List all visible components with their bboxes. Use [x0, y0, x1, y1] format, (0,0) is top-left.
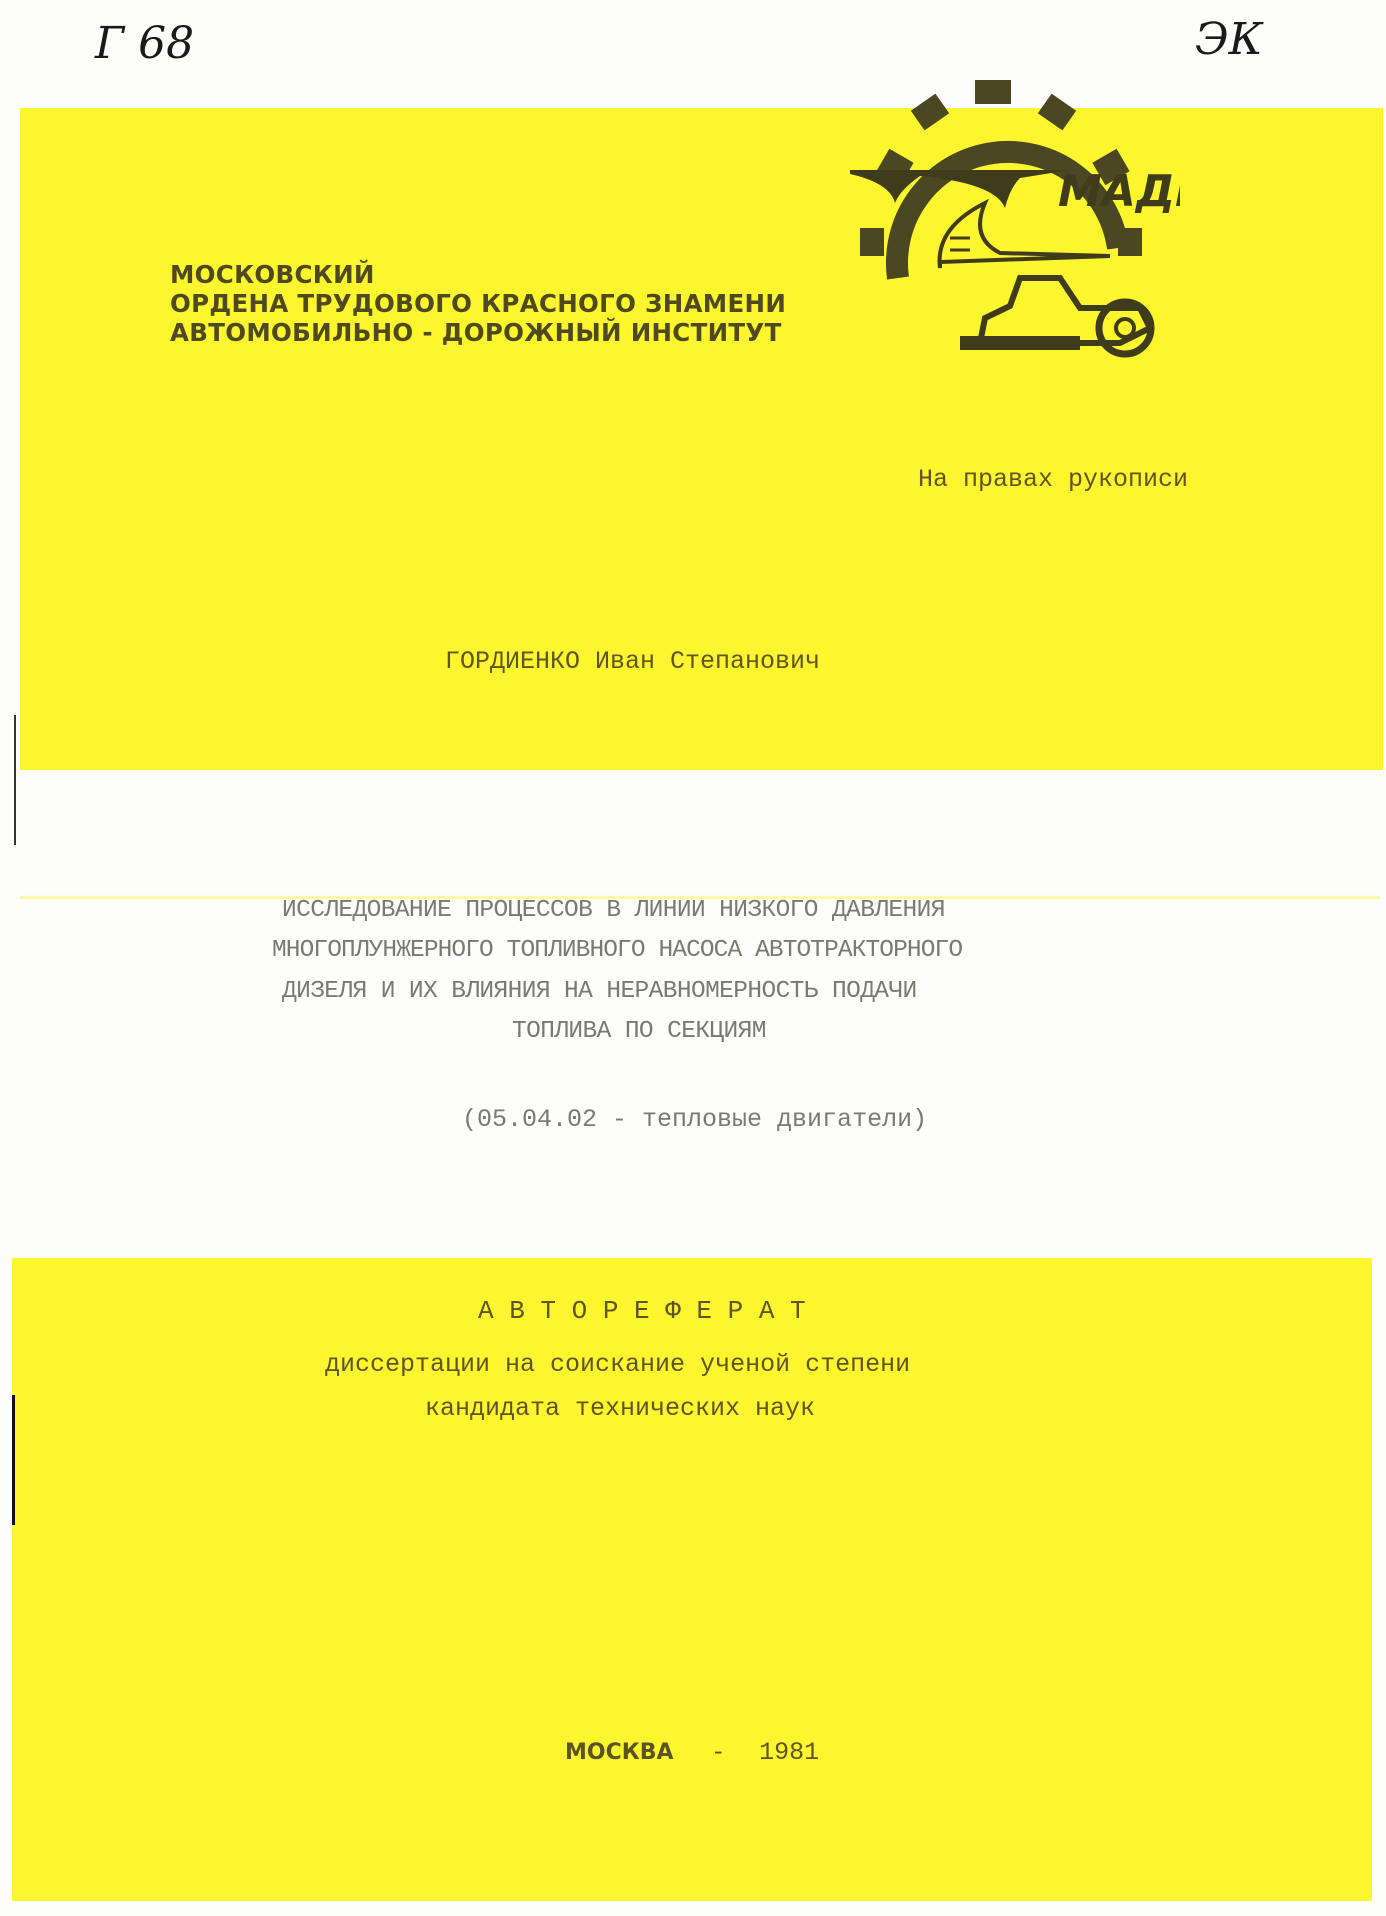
title-line: ТОПЛИВА ПО СЕКЦИЯМ [512, 1018, 766, 1045]
degree-line: диссертации на соискание ученой степени [325, 1350, 910, 1379]
institution-line: ОРДЕНА ТРУДОВОГО КРАСНОГО ЗНАМЕНИ [170, 289, 786, 318]
manuscript-note: На правах рукописи [918, 465, 1188, 494]
specialty-code: (05.04.02 - тепловые двигатели) [462, 1105, 927, 1134]
imprint: МОСКВА - 1981 [565, 1738, 819, 1767]
institution-name: МОСКОВСКИЙ ОРДЕНА ТРУДОВОГО КРАСНОГО ЗНА… [170, 260, 786, 347]
imprint-city: МОСКВА [565, 1740, 674, 1765]
title-line: МНОГОПЛУНЖЕРНОГО ТОПЛИВНОГО НАСОСА АВТОТ… [272, 937, 962, 964]
document-type-heading: А В Т О Р Е Ф Е Р А Т [478, 1296, 806, 1326]
imprint-year: 1981 [759, 1738, 819, 1767]
institution-line: МОСКОВСКИЙ [170, 260, 786, 289]
imprint-separator: - [711, 1740, 725, 1767]
handwritten-mark: ЭК [1195, 14, 1263, 65]
margin-mark [12, 1395, 15, 1525]
svg-text:МАДИ: МАДИ [1058, 166, 1180, 217]
gear-icon: МАДИ [820, 78, 1180, 358]
title-line: ДИЗЕЛЯ И ИХ ВЛИЯНИЯ НА НЕРАВНОМЕРНОСТЬ П… [282, 978, 917, 1005]
handwritten-shelf-mark: Г 68 [95, 18, 194, 69]
degree-line: кандидата технических наук [425, 1394, 815, 1423]
margin-mark [14, 715, 16, 845]
madi-logo: МАДИ [820, 78, 1180, 358]
title-line: ИССЛЕДОВАНИЕ ПРОЦЕССОВ В ЛИНИИ НИЗКОГО Д… [282, 897, 945, 924]
author-name: ГОРДИЕНКО Иван Степанович [445, 647, 820, 676]
institution-line: АВТОМОБИЛЬНО - ДОРОЖНЫЙ ИНСТИТУТ [170, 318, 786, 347]
